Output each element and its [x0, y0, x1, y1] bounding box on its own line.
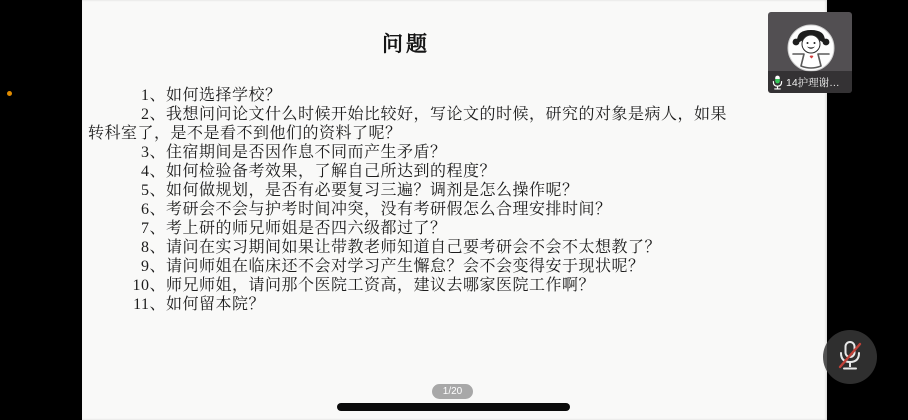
microphone-muted-icon	[835, 340, 865, 374]
question-number: 11、	[88, 295, 166, 314]
question-item: 3、住宿期间是否因作息不同而产生矛盾？	[88, 143, 743, 162]
question-number: 2、	[88, 105, 166, 124]
question-item: 1、如何选择学校？	[88, 86, 743, 105]
question-list: 1、如何选择学校？ 2、我想问问论文什么时候开始比较好，写论文的时候，研究的对象…	[88, 86, 743, 314]
participant-avatar	[787, 24, 835, 72]
question-number: 5、	[88, 181, 166, 200]
question-number: 9、	[88, 257, 166, 276]
page-indicator: 1/20	[432, 384, 473, 399]
question-text: 我想问问论文什么时候开始比较好，写论文的时候，研究的对象是病人，如果转科室了，是…	[88, 106, 727, 142]
question-number: 7、	[88, 219, 166, 238]
question-item: 4、如何检验备考效果，了解自己所达到的程度？	[88, 162, 743, 181]
question-item: 10、师兄师姐，请问那个医院工资高，建议去哪家医院工作啊？	[88, 276, 743, 295]
question-item: 5、如何做规划，是否有必要复习三遍？调剂是怎么操作呢？	[88, 181, 743, 200]
question-item: 8、请问在实习期间如果让带教老师知道自己要考研会不会不太想教了？	[88, 238, 743, 257]
question-text: 如何做规划，是否有必要复习三遍？调剂是怎么操作呢？	[166, 182, 579, 199]
notification-dot	[7, 91, 12, 96]
slide-title: 问题	[82, 28, 730, 58]
question-item: 11、如何留本院？	[88, 295, 743, 314]
question-text: 住宿期间是否因作息不同而产生矛盾？	[166, 144, 447, 161]
question-item: 7、考上研的师兄师姐是否四六级都过了？	[88, 219, 743, 238]
screen-share-slide[interactable]: 问题 1、如何选择学校？ 2、我想问问论文什么时候开始比较好，写论文的时候，研究…	[82, 0, 827, 420]
question-number: 10、	[88, 276, 166, 295]
question-item: 2、我想问问论文什么时候开始比较好，写论文的时候，研究的对象是病人，如果转科室了…	[88, 105, 743, 143]
participant-name: 14护理谢…	[786, 75, 840, 90]
question-text: 请问师姐在临床还不会对学习产生懈怠？会不会变得安于现状呢？	[166, 258, 645, 275]
question-item: 6、考研会不会与护考时间冲突，没有考研假怎么合理安排时间？	[88, 200, 743, 219]
question-text: 考研会不会与护考时间冲突，没有考研假怎么合理安排时间？	[166, 201, 612, 218]
home-indicator-bar[interactable]	[337, 403, 570, 411]
question-text: 考上研的师兄师姐是否四六级都过了？	[166, 220, 447, 237]
question-number: 6、	[88, 200, 166, 219]
question-item: 9、请问师姐在临床还不会对学习产生懈怠？会不会变得安于现状呢？	[88, 257, 743, 276]
microphone-active-icon	[772, 75, 783, 90]
question-number: 3、	[88, 143, 166, 162]
participant-name-bar: 14护理谢…	[768, 71, 852, 93]
question-number: 8、	[88, 238, 166, 257]
question-number: 4、	[88, 162, 166, 181]
question-text: 师兄师姐，请问那个医院工资高，建议去哪家医院工作啊？	[166, 277, 595, 294]
meeting-screen: 问题 1、如何选择学校？ 2、我想问问论文什么时候开始比较好，写论文的时候，研究…	[0, 0, 908, 420]
question-text: 如何留本院？	[166, 296, 265, 313]
question-text: 如何检验备考效果，了解自己所达到的程度？	[166, 163, 496, 180]
participant-tile[interactable]: 14护理谢…	[768, 12, 852, 93]
mute-toggle-button[interactable]	[823, 330, 877, 384]
question-text: 请问在实习期间如果让带教老师知道自己要考研会不会不太想教了？	[166, 239, 661, 256]
question-number: 1、	[88, 86, 166, 105]
question-text: 如何选择学校？	[166, 87, 282, 104]
